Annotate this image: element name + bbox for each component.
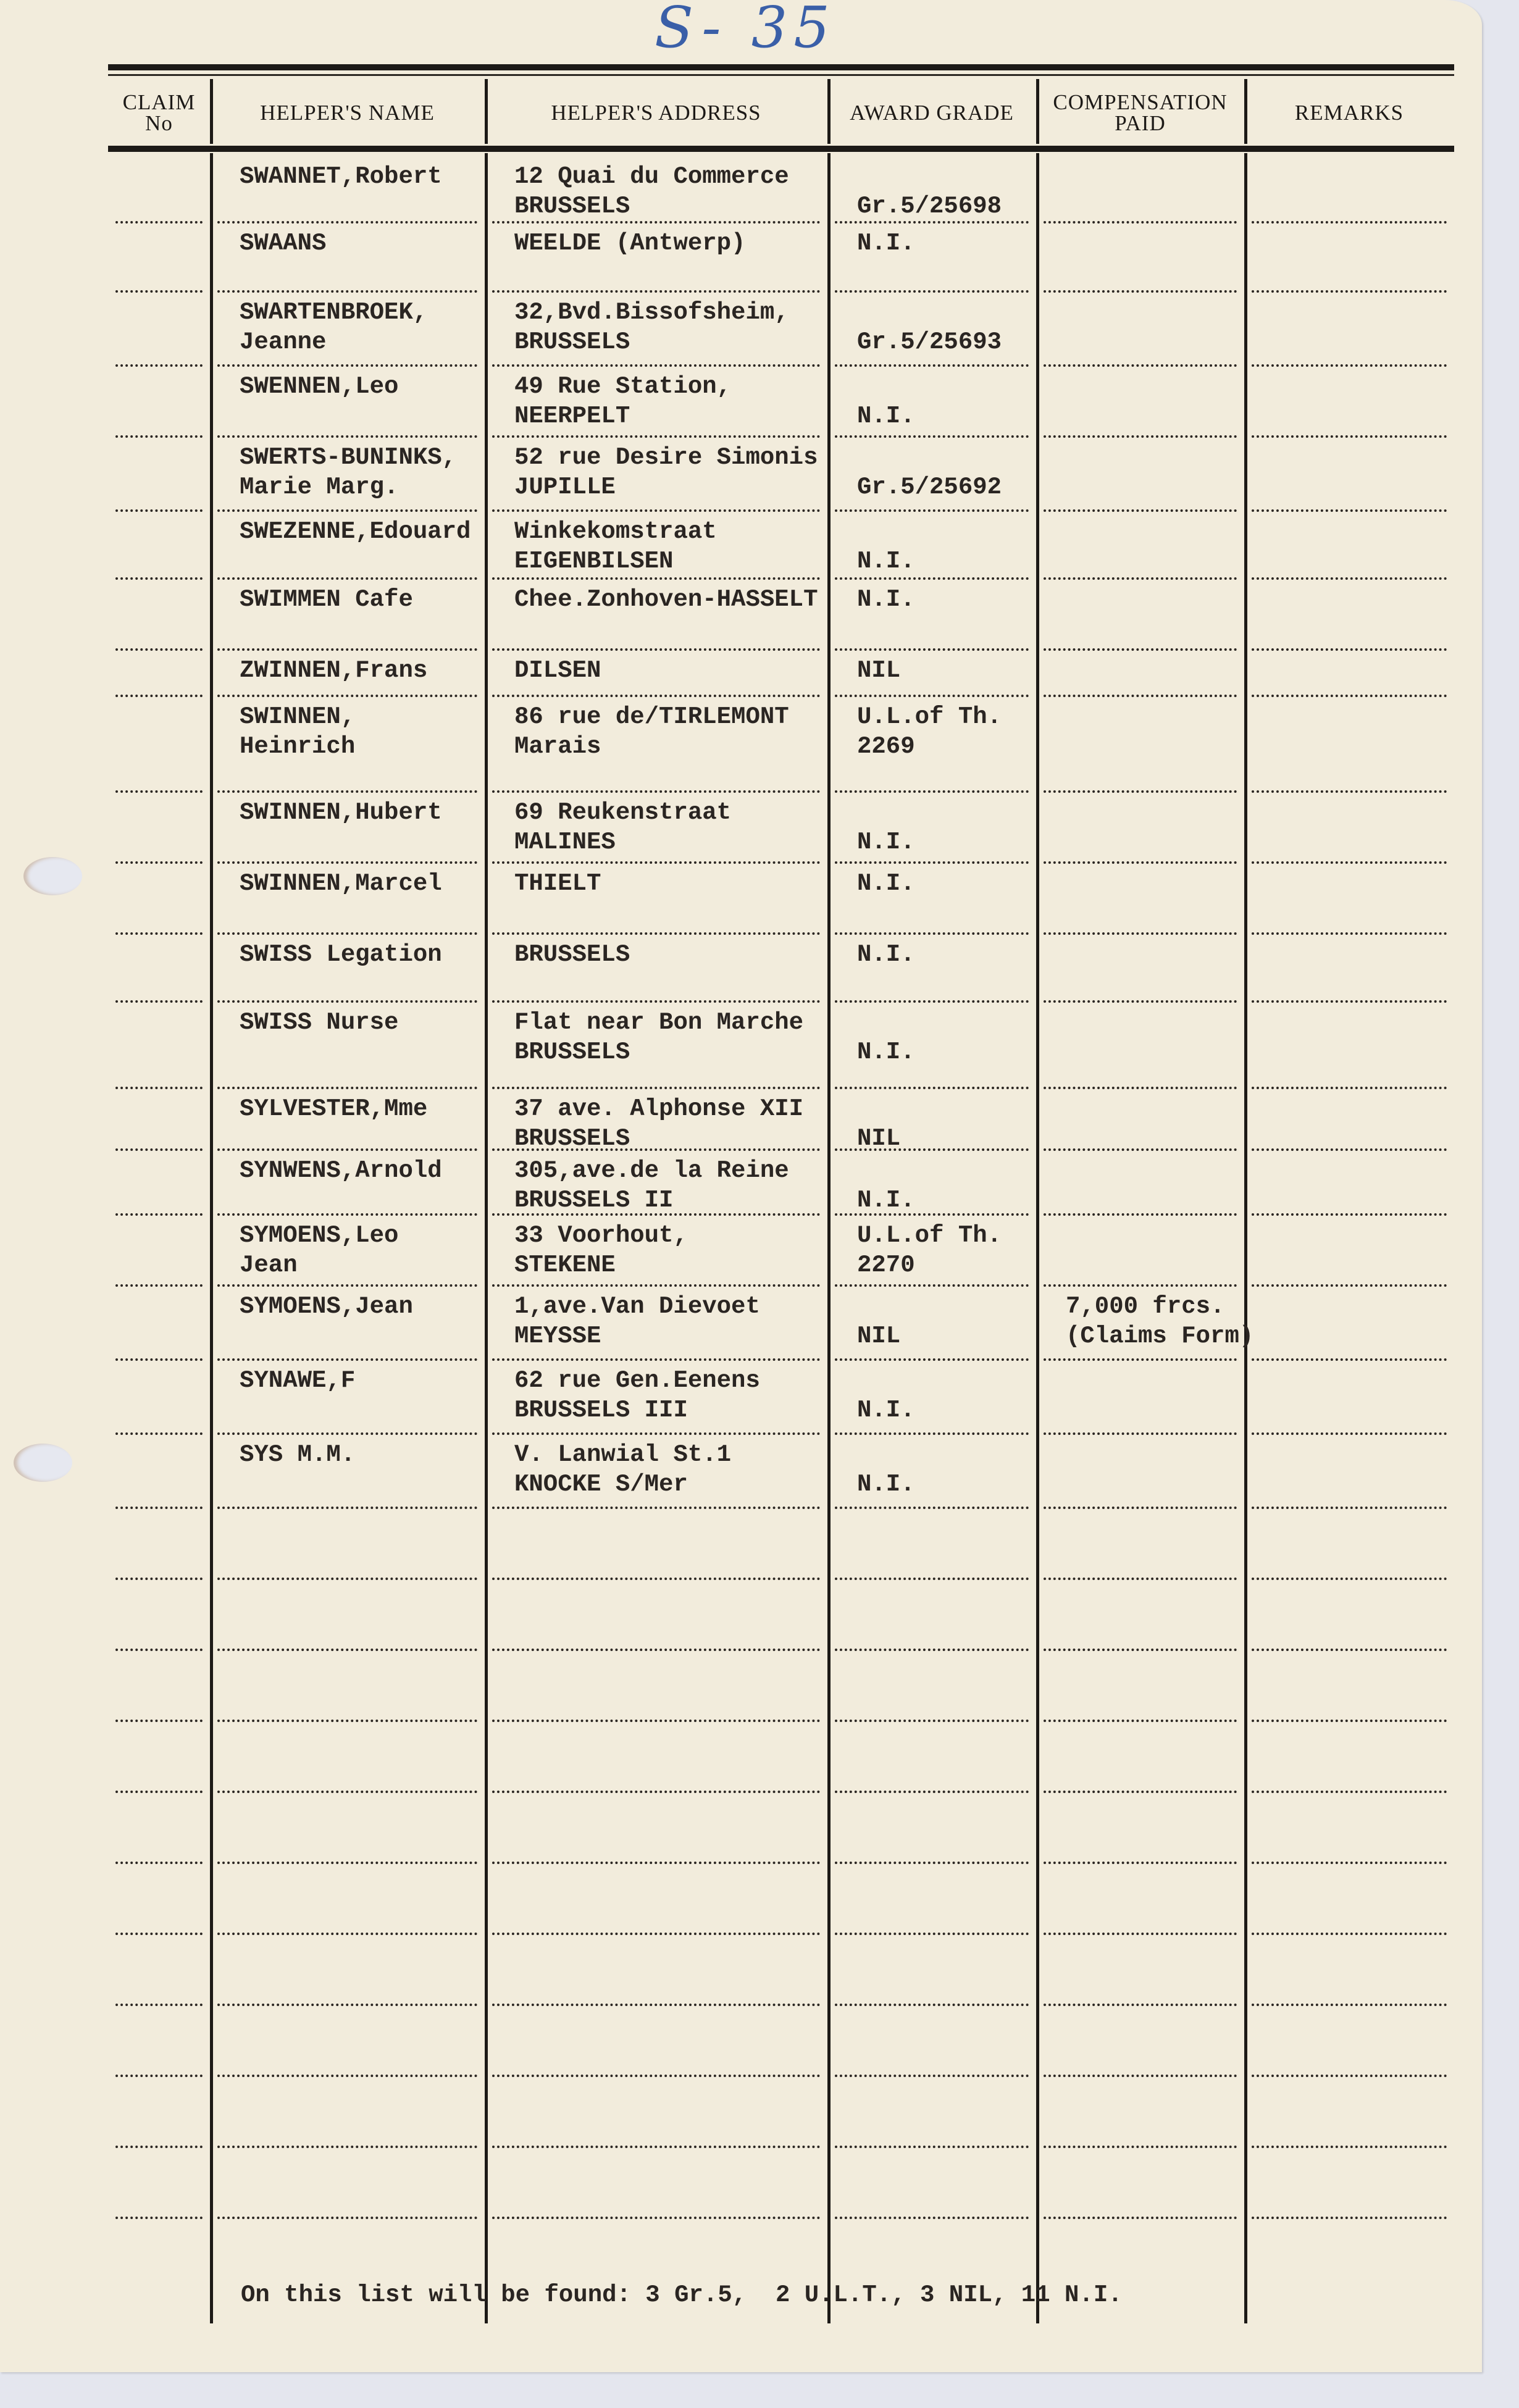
dotted-rule	[217, 1720, 477, 1722]
dotted-rule	[217, 1087, 477, 1089]
summary-line: On this list will be found: 3 Gr.5, 2 U.…	[241, 2281, 1123, 2309]
cell-address: 32,Bvd.Bissofsheim, BRUSSELS	[514, 298, 789, 357]
dotted-rule	[835, 1720, 1029, 1722]
cell-name: SWAANS	[240, 228, 326, 258]
dotted-rule	[217, 648, 477, 651]
cell-address: 305,ave.de la Reine BRUSSELS II	[514, 1156, 789, 1215]
dotted-rule	[1252, 1649, 1447, 1651]
dotted-rule	[835, 1507, 1029, 1509]
dotted-rule	[492, 1000, 820, 1003]
cell-name: SWINNEN,Hubert	[240, 798, 442, 827]
cell-compensation: 7,000 frcs. (Claims Form)	[1066, 1292, 1253, 1351]
dotted-rule	[492, 1358, 820, 1361]
dotted-rule	[835, 1578, 1029, 1580]
dotted-rule	[835, 1862, 1029, 1864]
dotted-rule	[1044, 1578, 1237, 1580]
dotted-rule	[835, 364, 1029, 367]
dotted-rule	[1252, 1578, 1447, 1580]
dotted-rule	[115, 2217, 203, 2219]
dotted-rule	[1252, 1720, 1447, 1722]
dotted-rule	[492, 1862, 820, 1864]
header-column-divider	[827, 79, 831, 144]
cell-grade: NIL	[857, 1321, 900, 1351]
cell-name: SYNWENS,Arnold	[240, 1156, 442, 1185]
dotted-rule	[835, 1284, 1029, 1287]
dotted-rule	[492, 1432, 820, 1435]
dotted-rule	[492, 2075, 820, 2077]
dotted-rule	[1044, 509, 1237, 512]
cell-name: SYS M.M.	[240, 1440, 355, 1469]
cell-address: WEELDE (Antwerp)	[514, 228, 745, 258]
cell-name: SYMOENS,Jean	[240, 1292, 413, 1321]
dotted-rule	[1044, 1087, 1237, 1089]
dotted-rule	[115, 2075, 203, 2077]
dotted-rule	[1252, 932, 1447, 935]
dotted-rule	[1044, 1148, 1237, 1151]
dotted-rule	[1252, 364, 1447, 367]
dotted-rule	[1252, 509, 1447, 512]
dotted-rule	[1252, 695, 1447, 697]
dotted-rule	[217, 2004, 477, 2006]
dotted-rule	[115, 1358, 203, 1361]
dotted-rule	[115, 509, 203, 512]
dotted-rule	[1252, 435, 1447, 438]
column-header-claim-no: CLAIM No	[108, 80, 210, 145]
dotted-rule	[115, 648, 203, 651]
dotted-rule	[217, 509, 477, 512]
dotted-rule	[115, 364, 203, 367]
column-divider	[210, 153, 213, 2323]
dotted-rule	[115, 2146, 203, 2148]
column-header-helper-name: HELPER'S NAME	[210, 80, 485, 145]
dotted-rule	[217, 1862, 477, 1864]
header-column-divider	[1244, 79, 1247, 144]
cell-grade: Gr.5/25698	[857, 191, 1002, 221]
cell-grade: N.I.	[857, 940, 915, 969]
cell-name: SWISS Nurse	[240, 1008, 398, 1037]
cell-address: 49 Rue Station, NEERPELT	[514, 372, 731, 431]
dotted-rule	[115, 1284, 203, 1287]
document-page: S- 35 CLAIM NoHELPER'S NAMEHELPER'S ADDR…	[0, 0, 1482, 2372]
dotted-rule	[115, 932, 203, 935]
dotted-rule	[115, 1862, 203, 1864]
dotted-rule	[1252, 1000, 1447, 1003]
cell-name: SWENNEN,Leo	[240, 372, 398, 401]
cell-name: SWERTS-BUNINKS, Marie Marg.	[240, 443, 456, 502]
dotted-rule	[217, 577, 477, 580]
dotted-rule	[115, 1000, 203, 1003]
dotted-rule	[835, 2075, 1029, 2077]
cell-address: 37 ave. Alphonse XII BRUSSELS	[514, 1094, 803, 1153]
dotted-rule	[115, 221, 203, 224]
dotted-rule	[835, 1933, 1029, 1935]
dotted-rule	[1252, 290, 1447, 293]
dotted-rule	[1252, 577, 1447, 580]
dotted-rule	[835, 861, 1029, 864]
dotted-rule	[492, 1791, 820, 1793]
cell-grade: N.I.	[857, 869, 915, 898]
dotted-rule	[492, 221, 820, 224]
cell-name: SYNAWE,F	[240, 1366, 355, 1395]
cell-name: SYMOENS,Leo Jean	[240, 1221, 398, 1280]
dotted-rule	[492, 695, 820, 697]
handwritten-reference: S- 35	[655, 0, 836, 56]
column-divider	[1244, 153, 1247, 2323]
cell-address: 12 Quai du Commerce BRUSSELS	[514, 162, 789, 221]
dotted-rule	[492, 790, 820, 793]
dotted-rule	[835, 221, 1029, 224]
dotted-rule	[492, 2146, 820, 2148]
dotted-rule	[1044, 2217, 1237, 2219]
dotted-rule	[1044, 1933, 1237, 1935]
dotted-rule	[492, 577, 820, 580]
dotted-rule	[492, 1507, 820, 1509]
dotted-rule	[217, 2075, 477, 2077]
dotted-rule	[1044, 1791, 1237, 1793]
dotted-rule	[492, 1720, 820, 1722]
column-divider	[1036, 153, 1039, 2323]
cell-grade: N.I.	[857, 1037, 915, 1067]
cell-address: Flat near Bon Marche BRUSSELS	[514, 1008, 803, 1067]
cell-address: 52 rue Desire Simonis JUPILLE	[514, 443, 818, 502]
header-column-divider	[1036, 79, 1039, 144]
cell-grade: Gr.5/25692	[857, 472, 1002, 502]
dotted-rule	[217, 695, 477, 697]
dotted-rule	[492, 1087, 820, 1089]
dotted-rule	[217, 790, 477, 793]
dotted-rule	[115, 1933, 203, 1935]
dotted-rule	[115, 695, 203, 697]
dotted-rule	[1044, 790, 1237, 793]
cell-grade: U.L.of Th. 2269	[857, 702, 1002, 761]
dotted-rule	[217, 290, 477, 293]
dotted-rule	[115, 435, 203, 438]
dotted-rule	[217, 1578, 477, 1580]
dotted-rule	[115, 1148, 203, 1151]
dotted-rule	[115, 1649, 203, 1651]
dotted-rule	[492, 861, 820, 864]
dotted-rule	[1252, 1148, 1447, 1151]
dotted-rule	[492, 364, 820, 367]
dotted-rule	[115, 790, 203, 793]
cell-grade: NIL	[857, 656, 900, 685]
dotted-rule	[115, 1213, 203, 1216]
dotted-rule	[835, 435, 1029, 438]
dotted-rule	[835, 2004, 1029, 2006]
dotted-rule	[835, 1087, 1029, 1089]
dotted-rule	[492, 1284, 820, 1287]
cell-address: Winkekomstraat EIGENBILSEN	[514, 517, 717, 576]
dotted-rule	[835, 2146, 1029, 2148]
dotted-rule	[835, 790, 1029, 793]
top-thin-rule	[108, 74, 1454, 76]
dotted-rule	[1044, 1000, 1237, 1003]
cell-grade: N.I.	[857, 1395, 915, 1425]
column-divider	[485, 153, 488, 2323]
cell-name: SWISS Legation	[240, 940, 442, 969]
dotted-rule	[1252, 1358, 1447, 1361]
column-header-compensation-paid: COMPENSATION PAID	[1036, 80, 1244, 145]
dotted-rule	[1252, 1507, 1447, 1509]
dotted-rule	[1252, 861, 1447, 864]
dotted-rule	[217, 1933, 477, 1935]
dotted-rule	[115, 861, 203, 864]
dotted-rule	[217, 2146, 477, 2148]
dotted-rule	[1252, 1087, 1447, 1089]
dotted-rule	[835, 509, 1029, 512]
header-bottom-rule	[108, 146, 1454, 152]
dotted-rule	[1044, 2004, 1237, 2006]
dotted-rule	[1044, 695, 1237, 697]
top-rule	[108, 64, 1454, 70]
dotted-rule	[1252, 221, 1447, 224]
dotted-rule	[835, 932, 1029, 935]
dotted-rule	[492, 1578, 820, 1580]
dotted-rule	[492, 648, 820, 651]
dotted-rule	[1252, 648, 1447, 651]
column-header-award-grade: AWARD GRADE	[827, 80, 1036, 145]
header-column-divider	[485, 79, 488, 144]
dotted-rule	[1252, 2146, 1447, 2148]
cell-name: SWARTENBROEK, Jeanne	[240, 298, 427, 357]
dotted-rule	[835, 2217, 1029, 2219]
dotted-rule	[835, 1791, 1029, 1793]
cell-name: ZWINNEN,Frans	[240, 656, 427, 685]
dotted-rule	[217, 221, 477, 224]
cell-address: 62 rue Gen.Eenens BRUSSELS III	[514, 1366, 760, 1425]
dotted-rule	[1044, 1432, 1237, 1435]
cell-address: Chee.Zonhoven-HASSELT	[514, 585, 818, 614]
dotted-rule	[1044, 861, 1237, 864]
dotted-rule	[115, 1578, 203, 1580]
dotted-rule	[835, 577, 1029, 580]
dotted-rule	[1044, 1213, 1237, 1216]
dotted-rule	[115, 1087, 203, 1089]
dotted-rule	[115, 577, 203, 580]
cell-grade: U.L.of Th. 2270	[857, 1221, 1002, 1280]
dotted-rule	[835, 1432, 1029, 1435]
cell-grade: N.I.	[857, 401, 915, 431]
cell-address: THIELT	[514, 869, 601, 898]
dotted-rule	[1044, 1649, 1237, 1651]
dotted-rule	[1044, 1284, 1237, 1287]
dotted-rule	[492, 2217, 820, 2219]
dotted-rule	[217, 861, 477, 864]
dotted-rule	[1044, 364, 1237, 367]
dotted-rule	[115, 1720, 203, 1722]
dotted-rule	[835, 695, 1029, 697]
dotted-rule	[492, 435, 820, 438]
dotted-rule	[115, 1432, 203, 1435]
cell-grade: Gr.5/25693	[857, 327, 1002, 357]
dotted-rule	[217, 1284, 477, 1287]
dotted-rule	[1044, 221, 1237, 224]
dotted-rule	[835, 1649, 1029, 1651]
cell-grade: N.I.	[857, 1185, 915, 1215]
dotted-rule	[1044, 290, 1237, 293]
dotted-rule	[1044, 1862, 1237, 1864]
dotted-rule	[1252, 1933, 1447, 1935]
cell-address: 86 rue de/TIRLEMONT Marais	[514, 702, 789, 761]
header-column-divider	[210, 79, 213, 144]
dotted-rule	[835, 290, 1029, 293]
punch-hole-top	[23, 857, 82, 895]
dotted-rule	[217, 1213, 477, 1216]
cell-name: SWANNET,Robert	[240, 162, 442, 191]
dotted-rule	[1252, 2004, 1447, 2006]
dotted-rule	[1252, 2217, 1447, 2219]
cell-address: 1,ave.Van Dievoet MEYSSE	[514, 1292, 760, 1351]
dotted-rule	[217, 1791, 477, 1793]
cell-grade: NIL	[857, 1124, 900, 1153]
dotted-rule	[1252, 1284, 1447, 1287]
dotted-rule	[217, 1649, 477, 1651]
dotted-rule	[217, 1148, 477, 1151]
cell-name: SWIMMEN Cafe	[240, 585, 413, 614]
cell-grade: N.I.	[857, 1469, 915, 1499]
dotted-rule	[1252, 1791, 1447, 1793]
cell-address: BRUSSELS	[514, 940, 630, 969]
cell-address: 33 Voorhout, STEKENE	[514, 1221, 688, 1280]
dotted-rule	[217, 1507, 477, 1509]
cell-address: DILSEN	[514, 656, 601, 685]
dotted-rule	[492, 932, 820, 935]
dotted-rule	[1252, 1862, 1447, 1864]
dotted-rule	[1044, 2146, 1237, 2148]
cell-name: SWINNEN,Marcel	[240, 869, 442, 898]
column-header-helper-address: HELPER'S ADDRESS	[485, 80, 827, 145]
dotted-rule	[217, 1000, 477, 1003]
dotted-rule	[217, 2217, 477, 2219]
dotted-rule	[835, 1000, 1029, 1003]
dotted-rule	[1044, 577, 1237, 580]
dotted-rule	[1044, 2075, 1237, 2077]
dotted-rule	[835, 648, 1029, 651]
dotted-rule	[1252, 1213, 1447, 1216]
dotted-rule	[1044, 435, 1237, 438]
cell-name: SWEZENNE,Edouard	[240, 517, 471, 546]
column-header-remarks: REMARKS	[1244, 80, 1454, 145]
dotted-rule	[115, 2004, 203, 2006]
cell-grade: N.I.	[857, 228, 915, 258]
dotted-rule	[492, 1933, 820, 1935]
dotted-rule	[1044, 1720, 1237, 1722]
cell-grade: N.I.	[857, 546, 915, 576]
dotted-rule	[217, 1358, 477, 1361]
cell-grade: N.I.	[857, 585, 915, 614]
dotted-rule	[217, 1432, 477, 1435]
dotted-rule	[217, 435, 477, 438]
dotted-rule	[1044, 932, 1237, 935]
dotted-rule	[115, 1791, 203, 1793]
dotted-rule	[492, 2004, 820, 2006]
dotted-rule	[492, 290, 820, 293]
dotted-rule	[835, 1358, 1029, 1361]
cell-name: SWINNEN, Heinrich	[240, 702, 355, 761]
punch-hole-bottom	[14, 1444, 72, 1482]
dotted-rule	[217, 932, 477, 935]
dotted-rule	[1252, 2075, 1447, 2077]
dotted-rule	[115, 290, 203, 293]
cell-address: 69 Reukenstraat MALINES	[514, 798, 731, 857]
cell-address: V. Lanwial St.1 KNOCKE S/Mer	[514, 1440, 731, 1499]
dotted-rule	[1044, 1507, 1237, 1509]
dotted-rule	[1252, 1432, 1447, 1435]
dotted-rule	[492, 1649, 820, 1651]
dotted-rule	[1044, 648, 1237, 651]
cell-grade: N.I.	[857, 827, 915, 857]
column-divider	[827, 153, 831, 2323]
dotted-rule	[1044, 1358, 1237, 1361]
dotted-rule	[492, 509, 820, 512]
dotted-rule	[217, 364, 477, 367]
cell-name: SYLVESTER,Mme	[240, 1094, 427, 1124]
dotted-rule	[115, 1507, 203, 1509]
dotted-rule	[1252, 790, 1447, 793]
